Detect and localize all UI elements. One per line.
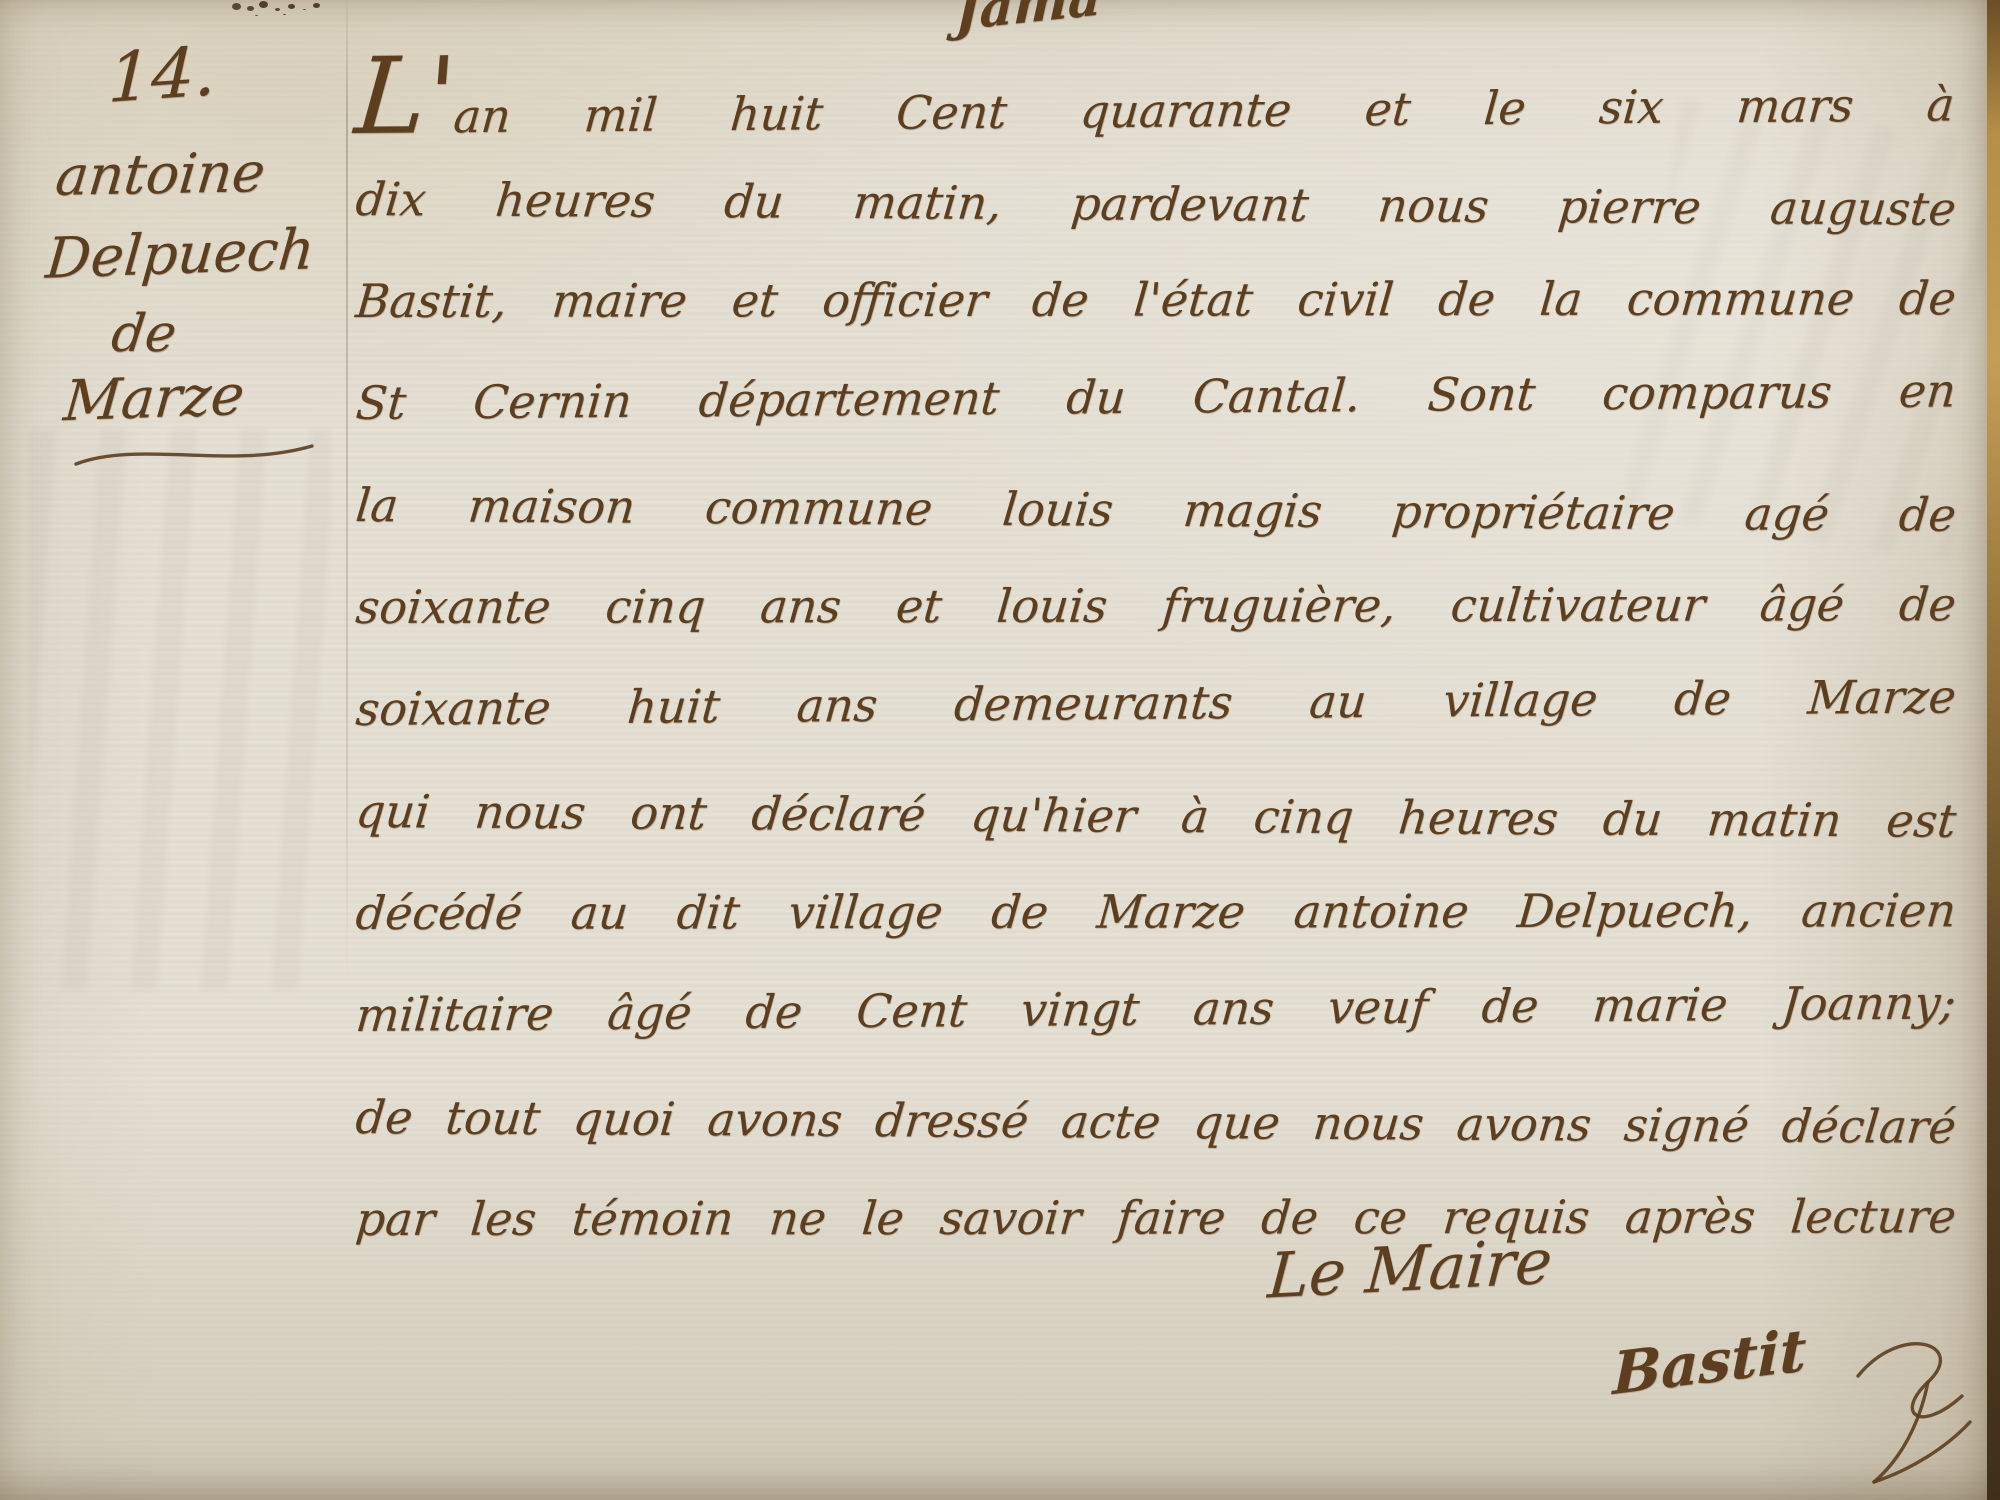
act-line: Bastit, maire et officier de l'état civi… (352, 247, 1961, 352)
register-page: Jama 14. antoine Delpuech de Marze L'an … (0, 0, 2000, 1500)
verso-ink-showthrough (30, 430, 330, 990)
act-line: de tout quoi avons dressé acte que nous … (351, 1066, 1961, 1178)
margin-crease-line (346, 0, 348, 985)
act-line: par les témoin ne le savoir faire de ce … (352, 1165, 1961, 1270)
act-line: militaire âgé de Cent vingt ans veuf de … (352, 951, 1960, 1066)
act-line: décédé au dit village de Marze antoine D… (352, 859, 1961, 964)
closing-title: Le Maire (1266, 1224, 1555, 1312)
decedent-name-line: antoine (53, 140, 269, 208)
signature-paraph (1850, 1330, 2000, 1490)
decedent-name-line: Marze (61, 363, 247, 435)
act-line: soixante cinq ans et louis fruguière, cu… (352, 553, 1961, 658)
decedent-name-line: de (108, 304, 179, 364)
page-binding-edge (1987, 0, 2000, 1500)
ink-smudge (232, 3, 241, 10)
act-line: qui nous ont déclaré qu'hier à cinq heur… (351, 760, 1961, 872)
act-line: dix heures du matin, pardevant nous pier… (351, 148, 1961, 260)
mayor-signature: Bastit (1612, 1316, 1807, 1408)
decedent-name-line: Delpuech (43, 217, 317, 292)
entry-number: 14. (107, 32, 218, 119)
previous-signature-fragment: Jama (954, 0, 1102, 43)
act-line: St Cernin département du Cantal. Sont co… (352, 339, 1960, 454)
act-line: soixante huit ans demeurants au village … (352, 645, 1960, 760)
act-line: L'an mil huit Cent quarante et le six ma… (352, 33, 1960, 148)
act-body: L'an mil huit Cent quarante et le six ma… (356, 46, 1956, 1270)
act-line: la maison commune louis magis propriétai… (351, 454, 1961, 566)
margin-flourish (70, 438, 320, 478)
